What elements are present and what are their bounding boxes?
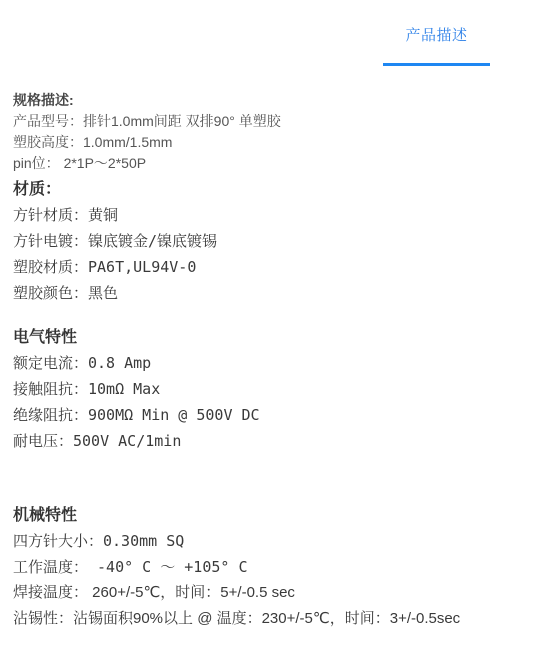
spec-row-pin-plating: 方针电镀：镍底镀金/镍底镀锡 bbox=[13, 228, 544, 254]
tab-active-indicator bbox=[383, 63, 490, 66]
section-material: 材质： 方针材质：黄铜 方针电镀：镍底镀金/镍底镀锡 塑胶材质：PA6T,UL9… bbox=[13, 176, 544, 306]
spec-row-product-model: 产品型号：排针1.0mm间距 双排90° 单塑胶 bbox=[13, 111, 544, 132]
spec-row-rated-current: 额定电流：0.8 Amp bbox=[13, 350, 544, 376]
section-heading-spec-description: 规格描述: bbox=[13, 90, 544, 111]
tab-product-description[interactable]: 产品描述 bbox=[383, 0, 490, 66]
spec-row-plastic-material: 塑胶材质：PA6T,UL94V-0 bbox=[13, 254, 544, 280]
spec-row-withstand-voltage: 耐电压：500V AC/1min bbox=[13, 428, 544, 454]
spec-row-soldering-temperature: 焊接温度： 260+/-5℃，时间：5+/-0.5 sec bbox=[13, 580, 544, 606]
spec-row-pin-material: 方针材质：黄铜 bbox=[13, 202, 544, 228]
tab-product-description-label: 产品描述 bbox=[383, 24, 490, 45]
spec-row-insulation-resistance: 绝缘阻抗：900MΩ Min @ 500V DC bbox=[13, 402, 544, 428]
spec-row-plastic-height: 塑胶高度：1.0mm/1.5mm bbox=[13, 132, 544, 153]
section-heading-material: 材质： bbox=[13, 176, 544, 202]
spec-row-solderability: 沾锡性：沾锡面积90%以上 @ 温度：230+/-5℃，时间：3+/-0.5se… bbox=[13, 606, 544, 632]
section-spec-description: 规格描述: 产品型号：排针1.0mm间距 双排90° 单塑胶 塑胶高度：1.0m… bbox=[13, 90, 544, 174]
spec-row-plastic-color: 塑胶颜色：黑色 bbox=[13, 280, 544, 306]
spec-row-pin-count: pin位： 2*1P～2*50P bbox=[13, 153, 544, 174]
spec-row-contact-resistance: 接触阻抗：10mΩ Max bbox=[13, 376, 544, 402]
spec-row-operating-temperature: 工作温度： -40° C ～ +105° C bbox=[13, 554, 544, 580]
section-mechanical: 机械特性 四方针大小：0.30mm SQ 工作温度： -40° C ～ +105… bbox=[13, 502, 544, 632]
section-electrical: 电气特性 额定电流：0.8 Amp 接触阻抗：10mΩ Max 绝缘阻抗：900… bbox=[13, 324, 544, 454]
section-heading-mechanical: 机械特性 bbox=[13, 502, 544, 528]
tab-bar: 产品描述 bbox=[0, 0, 554, 66]
spec-row-pin-size: 四方针大小：0.30mm SQ bbox=[13, 528, 544, 554]
section-heading-electrical: 电气特性 bbox=[13, 324, 544, 350]
product-description-panel: 产品描述 规格描述: 产品型号：排针1.0mm间距 双排90° 单塑胶 塑胶高度… bbox=[0, 0, 554, 632]
spec-content: 规格描述: 产品型号：排针1.0mm间距 双排90° 单塑胶 塑胶高度：1.0m… bbox=[0, 66, 554, 632]
